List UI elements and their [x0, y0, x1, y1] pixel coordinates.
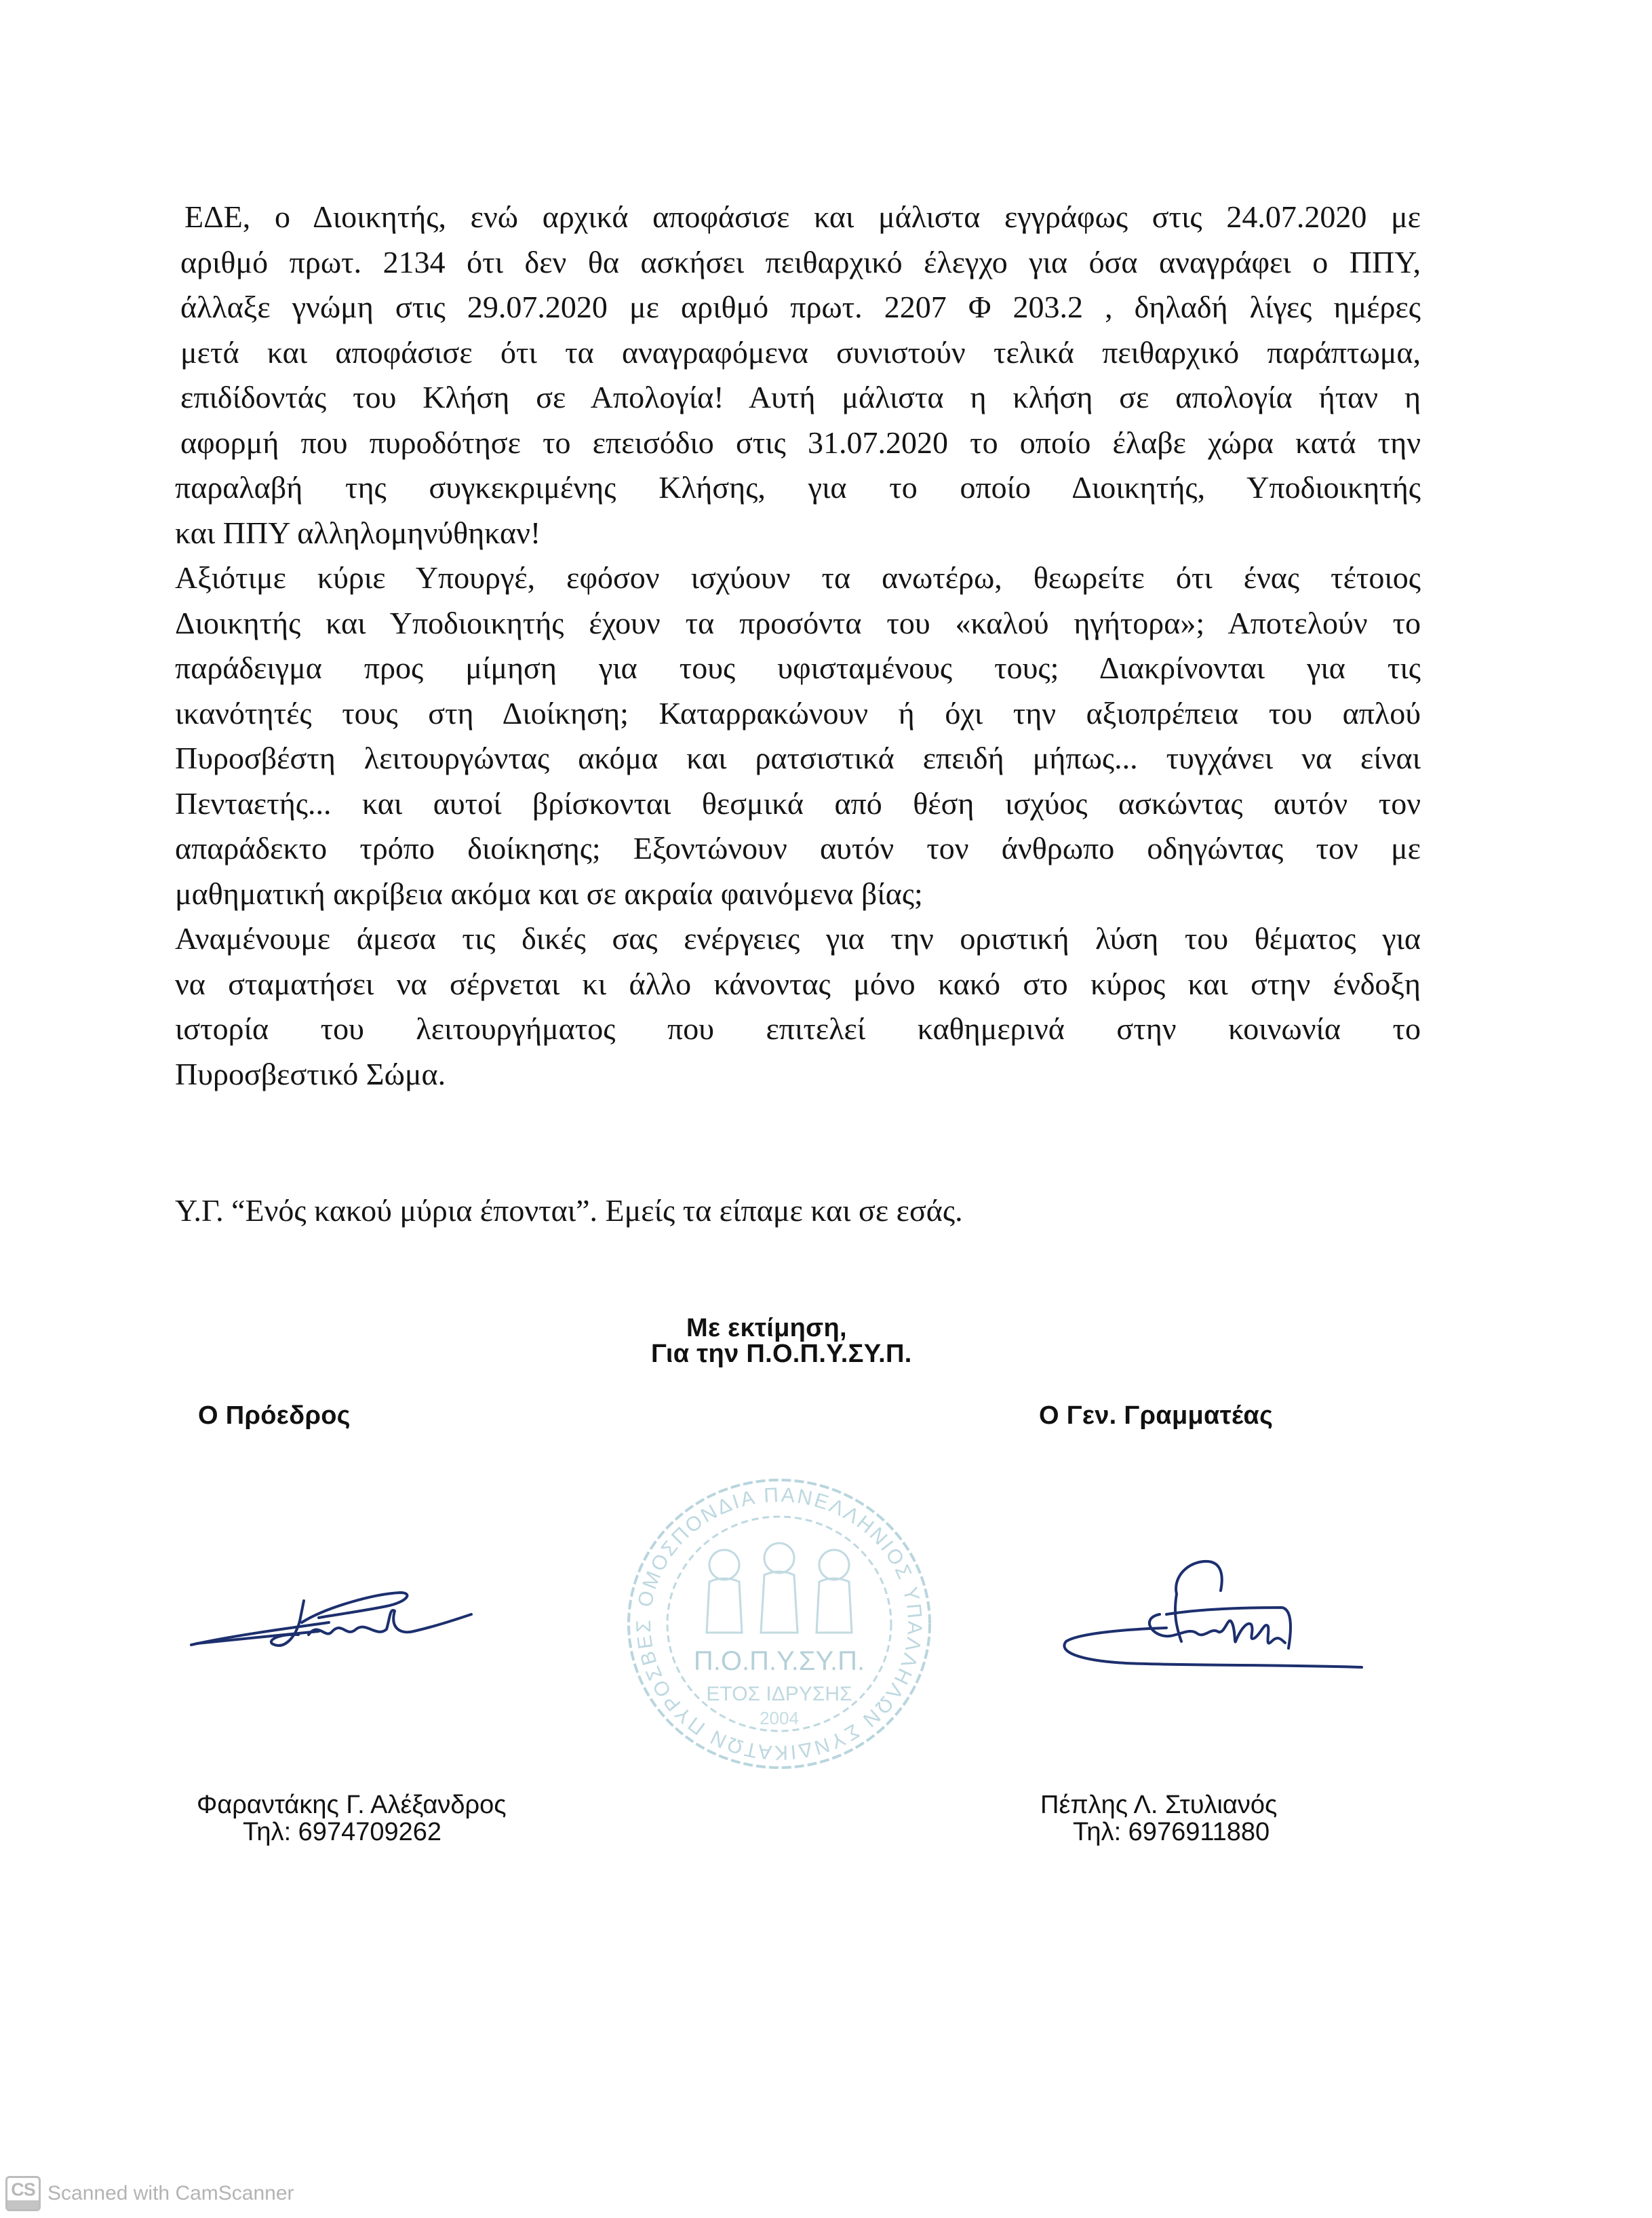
- body-line: αφορμή που πυροδότησε το επεισόδιο στις …: [175, 421, 1421, 466]
- signatory-name-president: Φαραντάκης Γ. Αλέξανδρος: [197, 1791, 507, 1820]
- body-line: Πενταετής... και αυτοί βρίσκονται θεσμικ…: [175, 781, 1421, 827]
- scanned-document-page: ΕΔΕ, ο Διοικητής, ενώ αρχικά αποφάσισε κ…: [0, 0, 1652, 2218]
- signatory-role-president: Ο Πρόεδρος: [198, 1401, 351, 1431]
- signatory-phone-president: Τηλ: 6974709262: [243, 1818, 441, 1847]
- body-line: Διοικητής και Υποδιοικητής έχουν τα προσ…: [175, 601, 1421, 646]
- body-line: επιδίδοντάς του Κλήση σε Απολογία! Αυτή …: [175, 375, 1421, 421]
- secretary-signature: [1058, 1553, 1363, 1682]
- svg-text:ΕΤΟΣ ΙΔΡΥΣΗΣ: ΕΤΟΣ ΙΔΡΥΣΗΣ: [706, 1683, 852, 1705]
- body-line: Αναμένουμε άμεσα τις δικές σας ενέργειες…: [175, 916, 1421, 962]
- body-line: ΕΔΕ, ο Διοικητής, ενώ αρχικά αποφάσισε κ…: [175, 195, 1421, 240]
- letter-body: ΕΔΕ, ο Διοικητής, ενώ αρχικά αποφάσισε κ…: [175, 195, 1421, 1097]
- signatory-name-secretary: Πέπλης Λ. Στυλιανός: [1040, 1791, 1277, 1820]
- handwritten-signature-icon: [1058, 1553, 1363, 1682]
- body-line: μετά και αποφάσισε ότι τα αναγραφόμενα σ…: [175, 330, 1421, 376]
- camscanner-watermark: CS Scanned with CamScanner: [5, 2175, 294, 2213]
- body-line: αριθμό πρωτ. 2134 ότι δεν θα ασκήσει πει…: [175, 240, 1421, 286]
- handwritten-signature-icon: [183, 1580, 481, 1655]
- signatory-phone-secretary: Τηλ: 6976911880: [1073, 1818, 1270, 1847]
- body-line: μαθηματική ακρίβεια ακόμα και σε ακραία …: [175, 872, 1421, 917]
- organization-stamp: ΟΜΟΣΠΟΝΔΙΑ ΠΑΝΕΛΛΗΝΙΟΣ ΥΠΑΛΛΗΛΩΝ ΣΥΝΔΙΚΑ…: [623, 1473, 936, 1774]
- body-line: ικανότητές τους στη Διοίκηση; Καταρρακών…: [175, 691, 1421, 737]
- body-line: Αξιότιμε κύριε Υπουργέ, εφόσον ισχύουν τ…: [175, 556, 1421, 601]
- body-line: άλλαξε γνώμη στις 29.07.2020 με αριθμό π…: [175, 285, 1421, 330]
- signatory-role-secretary: Ο Γεν. Γραμματέας: [1039, 1401, 1273, 1431]
- svg-text:2004: 2004: [760, 1708, 799, 1728]
- stamp-seal-icon: ΟΜΟΣΠΟΝΔΙΑ ΠΑΝΕΛΛΗΝΙΟΣ ΥΠΑΛΛΗΛΩΝ ΣΥΝΔΙΚΑ…: [623, 1473, 936, 1774]
- watermark-text: Scanned with CamScanner: [47, 2182, 294, 2205]
- body-line: παραλαβή της συγκεκριμένης Κλήσης, για τ…: [175, 465, 1421, 511]
- svg-text:Π.Ο.Π.Υ.ΣΥ.Π.: Π.Ο.Π.Υ.ΣΥ.Π.: [694, 1646, 865, 1676]
- closing-salutation: Με εκτίμηση,: [686, 1314, 847, 1343]
- president-signature: [183, 1580, 481, 1655]
- body-line: Πυροσβεστικό Σώμα.: [175, 1052, 1421, 1097]
- body-line: ιστορία του λειτουργήματος που επιτελεί …: [175, 1007, 1421, 1052]
- body-line: και ΠΠΥ αλληλομηνύθηκαν!: [175, 511, 1421, 556]
- body-line: Πυροσβέστη λειτουργώντας ακόμα και ρατσι…: [175, 736, 1421, 781]
- closing-organization: Για την Π.Ο.Π.Υ.ΣΥ.Π.: [651, 1340, 912, 1369]
- camscanner-logo-icon: CS: [5, 2176, 41, 2211]
- body-line: παράδειγμα προς μίμηση για τους υφισταμέ…: [175, 646, 1421, 691]
- body-line: απαράδεκτο τρόπο διοίκησης; Εξοντώνουν α…: [175, 826, 1421, 872]
- body-line: να σταματήσει να σέρνεται κι άλλο κάνοντ…: [175, 962, 1421, 1007]
- postscript: Υ.Γ. “Ενός κακού μύρια έπονται”. Εμείς τ…: [175, 1188, 963, 1234]
